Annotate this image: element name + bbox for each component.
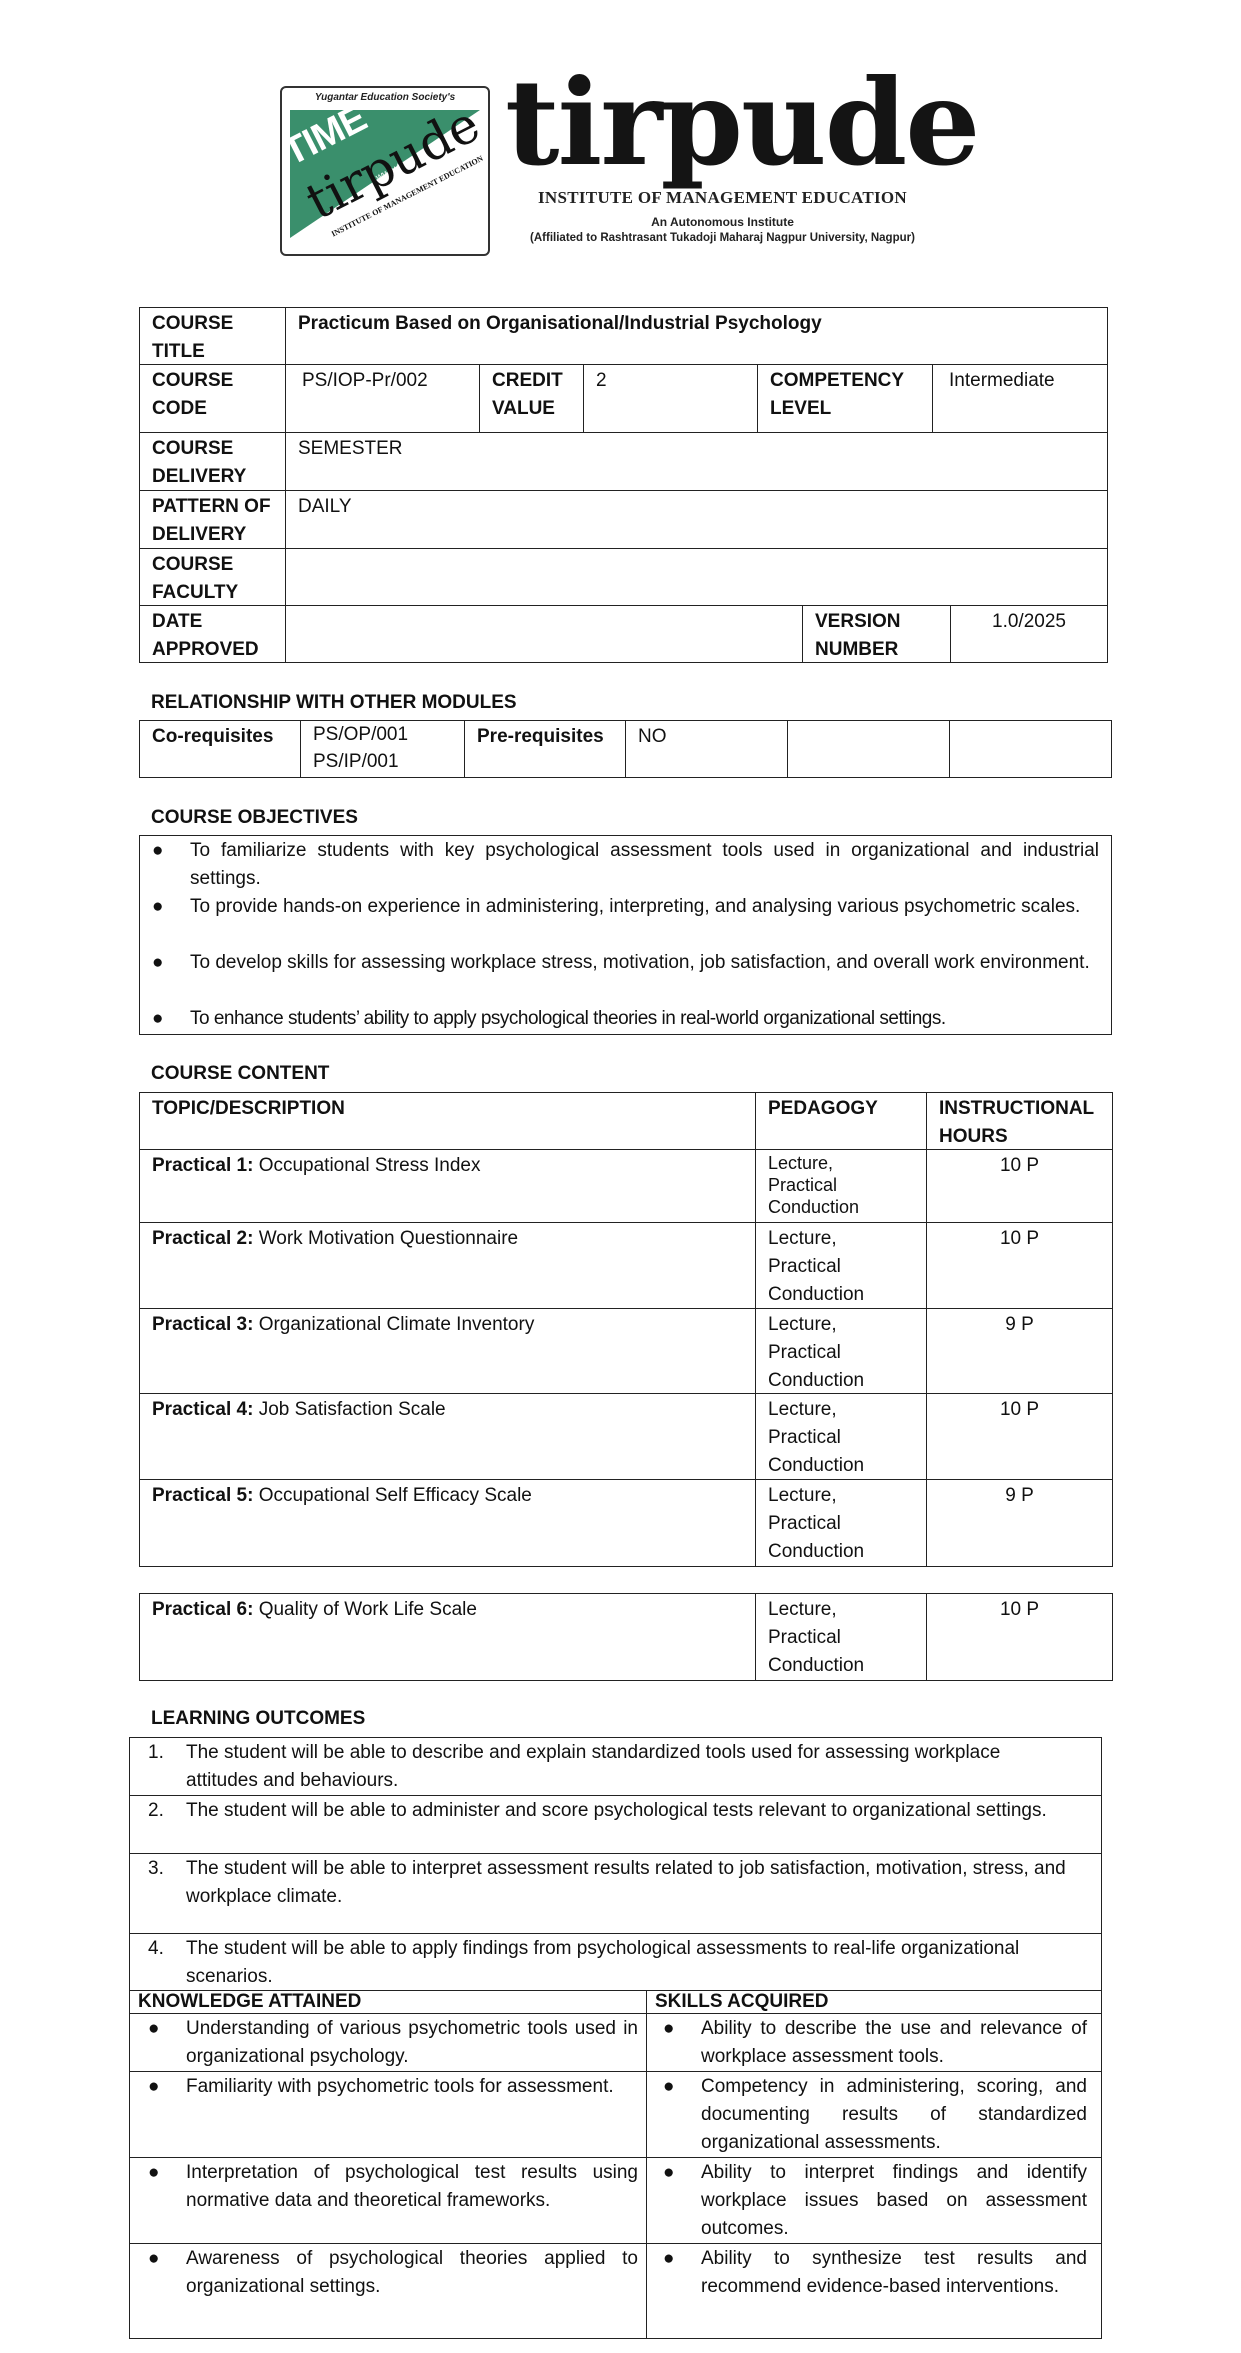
pattern-of-delivery-value: DAILY — [285, 490, 1108, 549]
course-title-label: COURSE TITLE — [139, 307, 286, 365]
outcome-row: 2.The student will be able to administer… — [129, 1795, 1102, 1854]
course-faculty-value — [285, 548, 1108, 606]
empty-cell — [787, 720, 950, 778]
objectives-heading: COURSE OBJECTIVES — [151, 807, 358, 829]
outcome-row: 1.The student will be able to describe a… — [129, 1737, 1102, 1796]
pedagogy-cell: Lecture, Practical Conduction — [755, 1222, 927, 1309]
topic-text: Quality of Work Life Scale — [259, 1599, 477, 1620]
practical-label: Practical 1: — [152, 1155, 253, 1176]
hours-cell: 9 P — [926, 1308, 1113, 1394]
topic-text: Work Motivation Questionnaire — [259, 1228, 518, 1249]
corequisites-label: Co-requisites — [139, 720, 301, 778]
bullet-icon: ● — [152, 949, 163, 977]
bullet-icon: ● — [663, 2159, 674, 2187]
topic-cell: Practical 1: Occupational Stress Index — [139, 1149, 756, 1223]
knowledge-cell: ●Understanding of various psychometric t… — [129, 2013, 647, 2072]
empty-cell — [949, 720, 1112, 778]
autonomous-label: An Autonomous Institute — [505, 215, 940, 229]
brand-wordmark: tirpude — [505, 58, 945, 188]
objective-item: ● To provide hands-on experience in admi… — [152, 893, 1099, 949]
credit-value-label: CREDIT VALUE — [479, 364, 584, 433]
skills-cell: ●Competency in administering, scoring, a… — [646, 2071, 1102, 2158]
pedagogy-cell: Lecture, Practical Conduction — [755, 1149, 927, 1223]
course-code-value: PS/IOP-Pr/002 — [285, 364, 480, 433]
prerequisites-value: NO — [625, 720, 788, 778]
credit-value: 2 — [583, 364, 758, 433]
topic-cell: Practical 2: Work Motivation Questionnai… — [139, 1222, 756, 1309]
topic-cell: Practical 4: Job Satisfaction Scale — [139, 1393, 756, 1480]
bullet-icon: ● — [152, 893, 163, 921]
bullet-icon: ● — [663, 2245, 674, 2273]
relationship-heading: RELATIONSHIP WITH OTHER MODULES — [151, 692, 517, 714]
topic-text: Occupational Self Efficacy Scale — [259, 1485, 532, 1506]
pedagogy-cell: Lecture, Practical Conduction — [755, 1479, 927, 1567]
hours-cell: 9 P — [926, 1479, 1113, 1567]
practical-label: Practical 2: — [152, 1228, 253, 1249]
practical-label: Practical 3: — [152, 1314, 253, 1335]
objective-item: ● To develop skills for assessing workpl… — [152, 949, 1099, 1005]
topic-cell: Practical 6: Quality of Work Life Scale — [139, 1593, 756, 1681]
date-approved-label: DATE APPROVED — [139, 605, 286, 663]
objectives-box: ● To familiarize students with key psych… — [139, 835, 1112, 1035]
knowledge-cell: ●Interpretation of psychological test re… — [129, 2157, 647, 2244]
hours-cell: 10 P — [926, 1593, 1113, 1681]
bullet-icon: ● — [152, 837, 163, 865]
skills-acquired-header: SKILLS ACQUIRED — [646, 1990, 1102, 2014]
knowledge-cell: ●Awareness of psychological theories app… — [129, 2243, 647, 2339]
column-header-hours: INSTRUCTIONAL HOURS — [926, 1092, 1113, 1150]
corequisite-item: PS/OP/001 — [313, 721, 452, 748]
institute-name: INSTITUTE OF MANAGEMENT EDUCATION — [505, 188, 940, 208]
bullet-icon: ● — [148, 2245, 159, 2273]
column-header-pedagogy: PEDAGOGY — [755, 1092, 927, 1150]
hours-cell: 10 P — [926, 1393, 1113, 1480]
institute-logo: Yugantar Education Society's TIME www.ti… — [280, 86, 490, 256]
practical-label: Practical 5: — [152, 1485, 253, 1506]
pedagogy-cell: Lecture, Practical Conduction — [755, 1593, 927, 1681]
practical-label: Practical 4: — [152, 1399, 253, 1420]
bullet-icon: ● — [148, 2015, 159, 2043]
version-number-value: 1.0/2025 — [950, 605, 1108, 663]
hours-cell: 10 P — [926, 1149, 1113, 1223]
topic-cell: Practical 5: Occupational Self Efficacy … — [139, 1479, 756, 1567]
course-code-label: COURSE CODE — [139, 364, 286, 433]
topic-text: Occupational Stress Index — [259, 1155, 481, 1176]
pedagogy-cell: Lecture, Practical Conduction — [755, 1393, 927, 1480]
knowledge-attained-header: KNOWLEDGE ATTAINED — [129, 1990, 647, 2014]
course-delivery-label: COURSE DELIVERY — [139, 432, 286, 491]
topic-cell: Practical 3: Organizational Climate Inve… — [139, 1308, 756, 1394]
pedagogy-cell: Lecture, Practical Conduction — [755, 1308, 927, 1394]
knowledge-cell: ●Familiarity with psychometric tools for… — [129, 2071, 647, 2158]
topic-text: Organizational Climate Inventory — [259, 1314, 535, 1335]
topic-text: Job Satisfaction Scale — [259, 1399, 446, 1420]
version-number-label: VERSION NUMBER — [802, 605, 951, 663]
outcome-row: 4.The student will be able to apply find… — [129, 1933, 1102, 1991]
skills-cell: ●Ability to synthesize test results and … — [646, 2243, 1102, 2339]
bullet-icon: ● — [663, 2015, 674, 2043]
course-delivery-value: SEMESTER — [285, 432, 1108, 491]
hours-cell: 10 P — [926, 1222, 1113, 1309]
skills-cell: ●Ability to describe the use and relevan… — [646, 2013, 1102, 2072]
skills-cell: ●Ability to interpret findings and ident… — [646, 2157, 1102, 2244]
outcome-row: 3.The student will be able to interpret … — [129, 1853, 1102, 1934]
corequisites-values: PS/OP/001 PS/IP/001 — [300, 720, 465, 778]
prerequisites-label: Pre-requisites — [464, 720, 626, 778]
competency-level-value: Intermediate — [932, 364, 1108, 433]
bullet-icon: ● — [663, 2073, 674, 2101]
competency-level-label: COMPETENCY LEVEL — [757, 364, 933, 433]
outcomes-heading: LEARNING OUTCOMES — [151, 1708, 365, 1730]
corequisite-item: PS/IP/001 — [313, 748, 452, 775]
course-faculty-label: COURSE FACULTY — [139, 548, 286, 606]
bullet-icon: ● — [148, 2073, 159, 2101]
bullet-icon: ● — [148, 2159, 159, 2187]
objective-item: ● To enhance students’ ability to apply … — [152, 1005, 1099, 1033]
practical-label: Practical 6: — [152, 1599, 253, 1620]
objective-item: ● To familiarize students with key psych… — [152, 837, 1099, 893]
affiliation-label: (Affiliated to Rashtrasant Tukadoji Maha… — [505, 232, 940, 244]
course-title-value: Practicum Based on Organisational/Indust… — [285, 307, 1108, 365]
column-header-topic: TOPIC/DESCRIPTION — [139, 1092, 756, 1150]
bullet-icon: ● — [152, 1005, 163, 1033]
date-approved-value — [285, 605, 803, 663]
content-heading: COURSE CONTENT — [151, 1063, 329, 1085]
pattern-of-delivery-label: PATTERN OF DELIVERY — [139, 490, 286, 549]
